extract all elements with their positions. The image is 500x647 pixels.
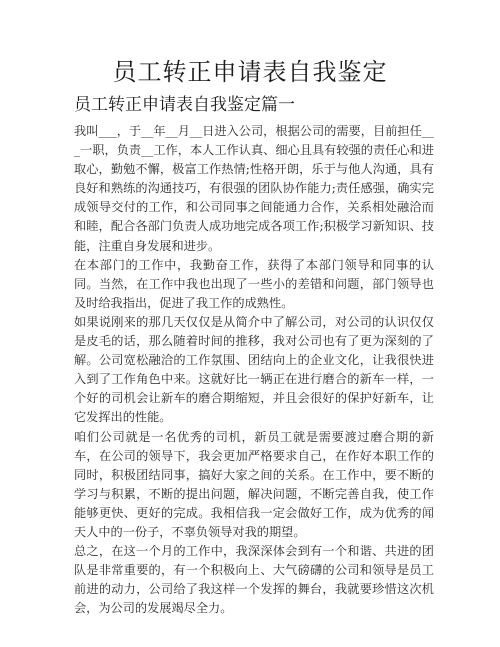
document-body: 我叫___，于__年__月__日进入公司，根据公司的需要，目前担任___一职，负… <box>74 122 434 618</box>
paragraph-4: 咱们公司就是一名优秀的司机，新员工就是需要渡过磨合期的新车，在公司的领导下，我会… <box>74 428 434 543</box>
document-title: 员工转正申请表自我鉴定 <box>0 56 500 88</box>
paragraph-1: 我叫___，于__年__月__日进入公司，根据公司的需要，目前担任___一职，负… <box>74 122 434 256</box>
document-page: 员工转正申请表自我鉴定 员工转正申请表自我鉴定篇一 我叫___，于__年__月_… <box>0 0 500 647</box>
paragraph-5: 总之，在这一个月的工作中，我深深体会到有一个和谐、共进的团队是非常重要的，有一个… <box>74 542 434 618</box>
paragraph-3: 如果说刚来的那几天仅仅是从简介中了解公司，对公司的认识仅仅是皮毛的话，那么随着时… <box>74 313 434 428</box>
paragraph-2: 在本部门的工作中，我勤奋工作，获得了本部门领导和同事的认同。当然，在工作中我也出… <box>74 256 434 313</box>
section-heading: 员工转正申请表自我鉴定篇一 <box>74 94 295 116</box>
